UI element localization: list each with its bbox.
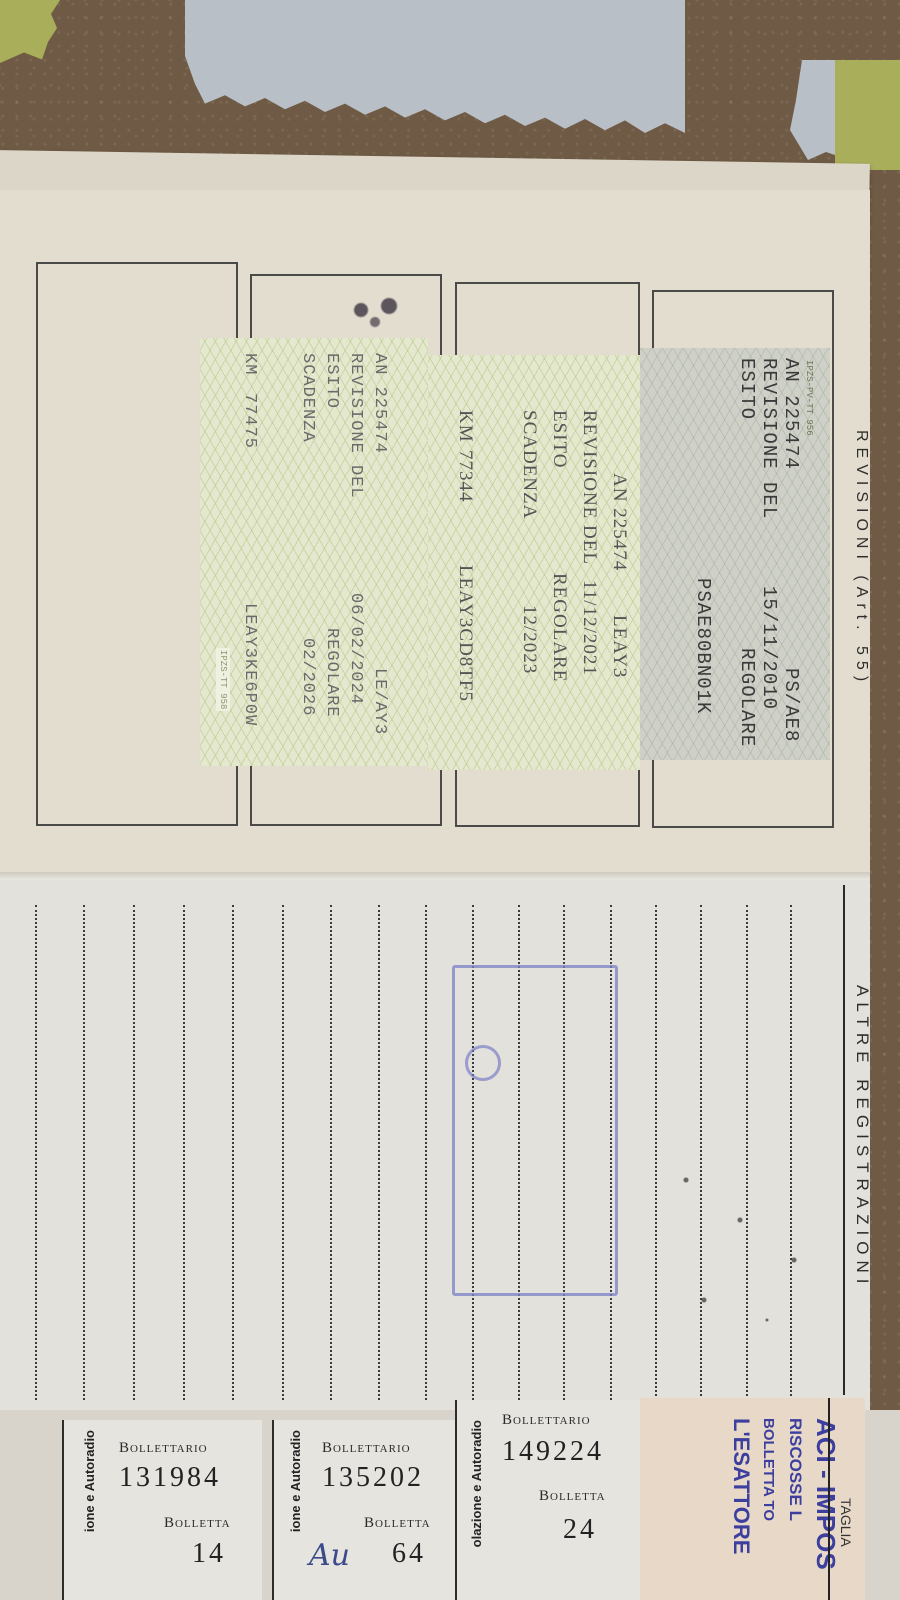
aci-line-4: L'ESATTORE <box>728 1418 754 1554</box>
revision-sticker-2024: AN 225474 LE/AY3 REVISIONE DEL 06/02/202… <box>200 338 428 766</box>
faded-blue-stamp <box>452 965 618 1296</box>
sticker-scadenza: 12/2023 <box>518 605 540 674</box>
sticker-code: IPZS-PV-TT 956 <box>804 360 814 436</box>
receipt-3: olazione e Autoradio Bollettario 149224 … <box>455 1400 640 1600</box>
receipt-1: ione e Autoradio Bollettario 131984 Boll… <box>62 1420 262 1600</box>
ink-specks <box>650 1140 830 1340</box>
dotted-line <box>425 905 427 1400</box>
sticker-esito-label: ESITO <box>736 358 758 420</box>
dotted-line <box>83 905 85 1400</box>
bollettario-label: Bollettario <box>502 1412 591 1429</box>
dotted-line <box>133 905 135 1400</box>
sticker-esito-label: ESITO <box>548 410 570 468</box>
receipt-2: ione e Autoradio Bollettario 135202 Boll… <box>272 1420 457 1600</box>
sticker-plate: AN 225474 <box>370 353 389 454</box>
receipt-side-text: olazione e Autoradio <box>469 1420 484 1547</box>
sticker-revisione-label: REVISIONE DEL <box>758 358 780 519</box>
dotted-line <box>378 905 380 1400</box>
receipt-side-text: ione e Autoradio <box>288 1430 303 1532</box>
sticker-esito: REGOLARE <box>322 628 341 718</box>
aci-line-1: ACI - IMPOS <box>810 1418 841 1570</box>
aci-line-2: RISCOSSE L <box>785 1418 805 1521</box>
sticker-esito: REGOLARE <box>548 573 570 682</box>
revision-sticker-2021: AN 225474 LEAY3 REVISIONE DEL 11/12/2021… <box>428 355 640 770</box>
handwritten-mark: Au <box>309 1538 350 1573</box>
sticker-model: PS/AE8 <box>780 668 802 742</box>
aci-line-3: BOLLETTA TO <box>760 1418 777 1521</box>
sticker-km: 77475 <box>240 393 259 449</box>
aci-receipt-stub: ACI - IMPOS RISCOSSE L BOLLETTA TO L'ESA… <box>640 1398 865 1600</box>
taglia-label: TAGLIA <box>838 1498 854 1547</box>
revision-sticker-2010: IPZS-PV-TT 956 AN 225474 PS/AE8 REVISION… <box>640 348 830 760</box>
ink-smudge <box>340 290 410 330</box>
sticker-model: LEAY3 <box>608 615 630 678</box>
sticker-code-line: LEAY3CD8TF5 <box>454 565 476 702</box>
revisioni-header: REVISIONI (Art. 55) <box>852 430 870 687</box>
dotted-line <box>183 905 185 1400</box>
bolletta-number: 24 <box>563 1514 597 1546</box>
bolletta-label: Bolletta <box>539 1488 606 1505</box>
sticker-scadenza: 02/2026 <box>298 638 317 716</box>
bolletta-label: Bolletta <box>364 1515 431 1532</box>
altre-registrazioni-header: ALTRE REGISTRAZIONI <box>852 985 872 1290</box>
aci-divider <box>828 1398 830 1600</box>
bollettario-number: 135202 <box>322 1462 424 1494</box>
bollettario-number: 149224 <box>502 1436 604 1468</box>
sticker-scadenza-label: SCADENZA <box>298 353 317 443</box>
sticker-plate: AN 225474 <box>780 358 802 470</box>
sticker-plate: AN 225474 <box>608 473 630 571</box>
dotted-line <box>282 905 284 1400</box>
altre-rule <box>843 885 845 1395</box>
sticker-scadenza-label: SCADENZA <box>518 410 540 519</box>
stamp-circle <box>465 1045 501 1081</box>
bolletta-number: 14 <box>192 1538 226 1570</box>
sticker-date: 15/11/2010 <box>758 586 780 710</box>
sticker-revisione-label: REVISIONE DEL <box>346 353 365 499</box>
sticker-revisione-label: REVISIONE DEL <box>578 410 600 565</box>
bolletta-label: Bolletta <box>164 1515 231 1532</box>
bolletta-number: 64 <box>392 1538 426 1570</box>
bollettario-label: Bollettario <box>322 1440 411 1457</box>
sticker-date: 06/02/2024 <box>346 593 365 705</box>
sticker-model: LE/AY3 <box>370 668 389 735</box>
sticker-code: IPZS-TT 958 <box>216 648 230 711</box>
bollettario-number: 131984 <box>119 1462 221 1494</box>
sticker-km: 77344 <box>454 450 476 503</box>
felt-shape-green-right <box>835 60 900 170</box>
dotted-line <box>330 905 332 1400</box>
dotted-line <box>232 905 234 1400</box>
sticker-esito: REGOLARE <box>736 648 758 747</box>
sticker-km-label: KM <box>240 353 259 375</box>
sticker-code-line: LEAY3KE6P0W <box>240 603 259 726</box>
dotted-line <box>35 905 37 1400</box>
sticker-esito-label: ESITO <box>322 353 341 409</box>
sticker-km-label: KM <box>454 410 476 443</box>
receipt-side-text: ione e Autoradio <box>82 1430 97 1532</box>
sticker-code-line: PSAE80BN01K <box>692 578 714 714</box>
page-fold <box>0 872 870 880</box>
sticker-date: 11/12/2021 <box>578 580 600 676</box>
bollettario-label: Bollettario <box>119 1440 208 1457</box>
